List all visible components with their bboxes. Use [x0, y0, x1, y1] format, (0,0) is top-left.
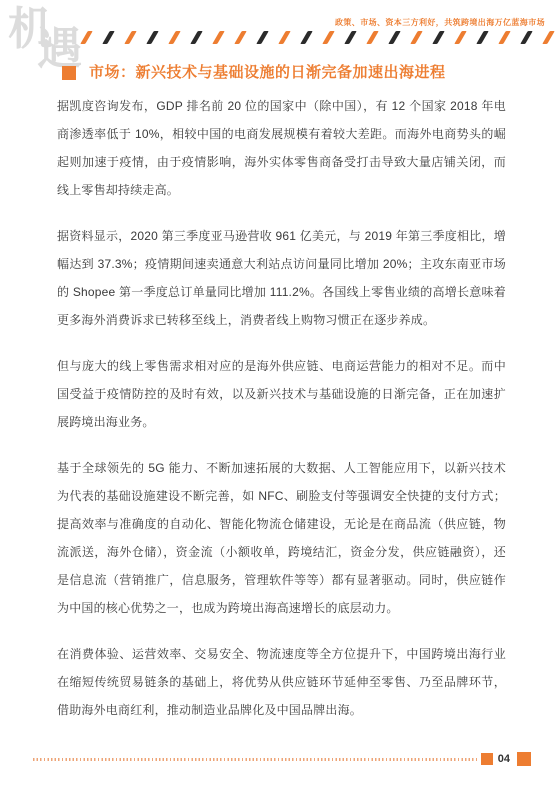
paragraph: 据资料显示，2020 第三季度亚马逊营收 961 亿美元，与 2019 年第三季…: [57, 222, 506, 334]
page-footer: 04: [33, 752, 531, 766]
slash-icon: [190, 31, 203, 44]
slash-icon: [124, 31, 137, 44]
page-number: 04: [498, 753, 510, 765]
paragraph: 据凯度咨询发布，GDP 排名前 20 位的国家中（除中国），有 12 个国家 2…: [57, 92, 506, 204]
slash-decoration: [84, 30, 551, 44]
slash-icon: [344, 31, 357, 44]
slash-icon: [410, 31, 423, 44]
slash-icon: [146, 31, 159, 44]
slash-icon: [102, 31, 115, 44]
slash-icon: [520, 31, 533, 44]
slash-icon: [366, 31, 379, 44]
header-tagline: 政策、市场、资本三方利好，共筑跨境出海万亿蓝海市场: [335, 17, 545, 28]
slash-icon: [278, 31, 291, 44]
footer-square-icon: [481, 753, 493, 765]
slash-icon: [432, 31, 445, 44]
slash-icon: [168, 31, 181, 44]
dotted-rule: [33, 758, 478, 761]
paragraph: 在消费体验、运营效率、交易安全、物流速度等全方位提升下，中国跨境出海行业在缩短传…: [57, 640, 506, 724]
slash-icon: [234, 31, 247, 44]
slash-icon: [476, 31, 489, 44]
square-bullet-icon: [62, 66, 76, 80]
paragraph: 但与庞大的线上零售需求相对应的是海外供应链、电商运营能力的相对不足。而中国受益于…: [57, 352, 506, 436]
slash-icon: [80, 31, 93, 44]
slash-icon: [322, 31, 335, 44]
slash-icon: [498, 31, 511, 44]
section-heading: 市场：新兴技术与基础设施的日渐完备加速出海进程: [62, 63, 522, 83]
slash-icon: [542, 31, 555, 44]
slash-icon: [212, 31, 225, 44]
footer-square-icon: [517, 752, 531, 766]
article-body: 据凯度咨询发布，GDP 排名前 20 位的国家中（除中国），有 12 个国家 2…: [57, 92, 506, 742]
report-page: 机 遇 政策、市场、资本三方利好，共筑跨境出海万亿蓝海市场 市场：新兴技术与基础…: [0, 0, 559, 793]
slash-icon: [454, 31, 467, 44]
paragraph: 基于全球领先的 5G 能力、不断加速拓展的大数据、人工智能应用下，以新兴技术为代…: [57, 454, 506, 622]
slash-icon: [256, 31, 269, 44]
slash-icon: [300, 31, 313, 44]
slash-icon: [388, 31, 401, 44]
section-title: 市场：新兴技术与基础设施的日渐完备加速出海进程: [89, 63, 446, 83]
